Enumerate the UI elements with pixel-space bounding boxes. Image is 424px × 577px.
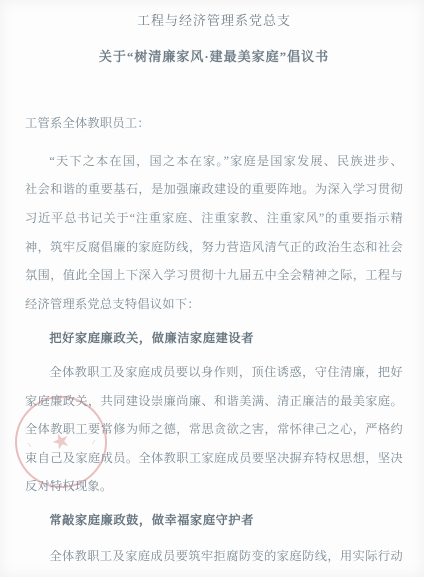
paragraph-line: 社会和谐的重要基石，是加强廉政建设的重要阵地。为深入学习贯彻 [25, 175, 403, 204]
paragraph-line: 氛围，值此全国上下深入学习贯彻十九届五中全会精神之际，工程与 [25, 261, 403, 290]
paragraph-line: 全体教职工及家庭成员要以身作则，顶住诱惑，守住清廉，把好 [25, 358, 403, 387]
paragraph-line: 经济管理系党总支特倡议如下： [25, 290, 403, 319]
paragraph-line: 家庭廉政关，共同建设崇廉尚廉、和谐美满、清正廉洁的最美家庭。 [25, 387, 403, 416]
doc-subtitle: 关于“树清廉家风·建最美家庭”倡议书 [25, 43, 403, 72]
paragraph-1: “天下之本在国，国之本在家。”家庭是国家发展、民族进步、 社会和谐的重要基石，是… [25, 147, 403, 319]
paragraph-line: 束自己及家庭成员。全体教职工家庭成员要坚决摒弃特权思想，坚决 [25, 444, 403, 473]
section-heading-1: 把好家庭廉政关，做廉洁家庭建设者 [25, 324, 403, 353]
paragraph-2: 全体教职工及家庭成员要以身作则，顶住诱惑，守住清廉，把好 家庭廉政关，共同建设崇… [25, 358, 403, 501]
paragraph-3: 全体教职工及家庭成员要筑牢拒腐防变的家庭防线，用实际行动 [25, 542, 403, 571]
section-heading-2: 常敲家庭廉政鼓，做幸福家庭守护者 [25, 506, 403, 535]
paragraph-line: 全体教职工及家庭成员要筑牢拒腐防变的家庭防线，用实际行动 [25, 542, 403, 571]
paragraph-line: 全体教职工要常修为师之德，常思贪欲之害，常怀律己之心，严格约 [25, 415, 403, 444]
salutation: 工管系全体教职员工： [25, 109, 403, 138]
paragraph-line: 神，筑牢反腐倡廉的家庭防线，努力营造风清气正的政治生态和社会 [25, 233, 403, 262]
document-page: 工程与经济管理系党总支 关于“树清廉家风·建最美家庭”倡议书 工管系全体教职员工… [0, 0, 424, 577]
paragraph-line: 反对特权现象。 [25, 472, 403, 501]
paragraph-line: 习近平总书记关于“注重家庭、注重家教、注重家风”的重要指示精 [25, 204, 403, 233]
doc-title: 工程与经济管理系党总支 [25, 7, 403, 36]
paragraph-line: “天下之本在国，国之本在家。”家庭是国家发展、民族进步、 [25, 147, 403, 176]
